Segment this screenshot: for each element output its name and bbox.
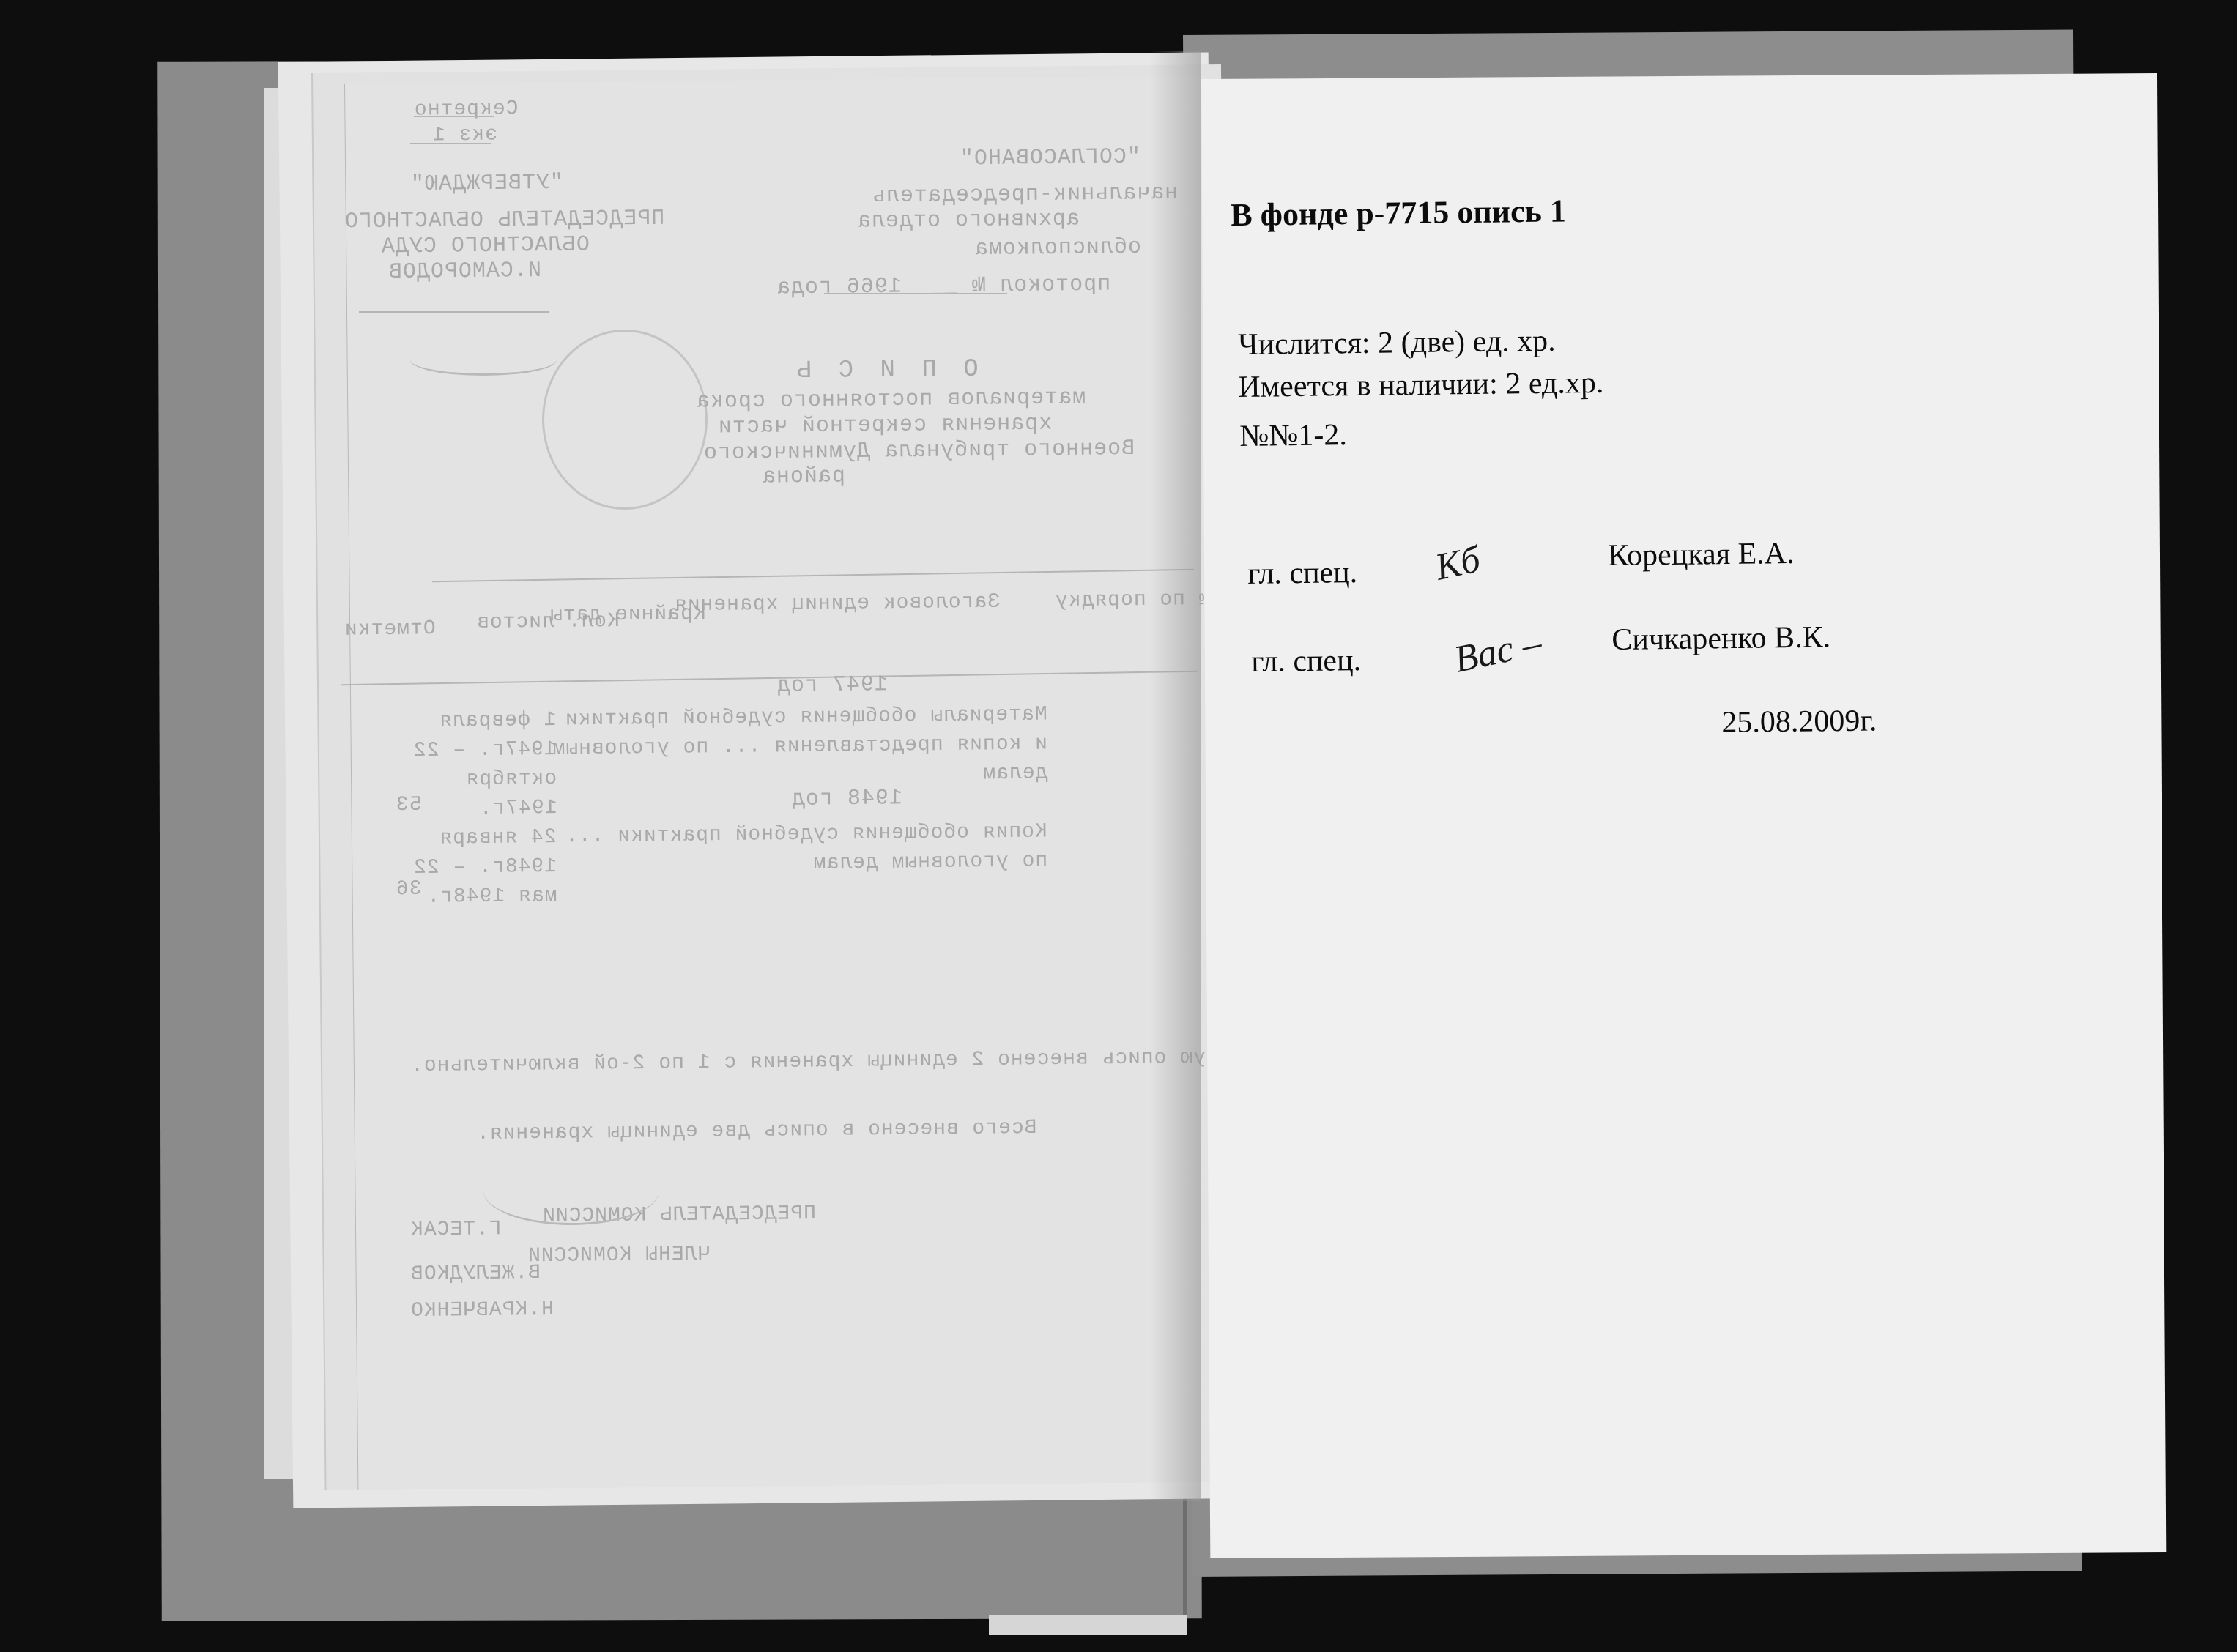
- signatory-1-signature: Кб: [1432, 537, 1485, 589]
- commission-role-2: ЧЛЕНЫ КОМИССИИ: [527, 1240, 711, 1272]
- row-1948-dates: 24 января 1948г. – 22 мая 1948г.: [409, 823, 557, 912]
- signatory-1-position: гл. спец.: [1247, 555, 1357, 592]
- opis-subtitle-4: района: [762, 461, 845, 492]
- folder-bottom-tab: [989, 1615, 1187, 1635]
- secret-box-line2: экз 1: [432, 121, 497, 151]
- commission-name-3: Н.КРАВЧЕНКО: [410, 1295, 554, 1326]
- signatory-1-name: Корецкая Е.А.: [1608, 536, 1795, 573]
- section-year-1948: 1948 год: [791, 783, 902, 815]
- signatory-2-name: Сичкаренко В.К.: [1611, 619, 1831, 658]
- count-listed: Числится: 2 (две) ед. хр.: [1238, 324, 1556, 362]
- row-1947-sheets: 53: [396, 791, 422, 820]
- row-1948-text: Копия обобщения судебной практики ... по…: [549, 817, 1048, 881]
- faint-signature: [410, 344, 557, 376]
- row-1947-dates: 1 февраля 1947г. – 22 октября 1947г.: [409, 706, 557, 825]
- footer-line-2: Всего внесено в опись две единицы хранен…: [476, 1114, 1037, 1149]
- section-year-1947: 1947 год: [776, 669, 888, 702]
- th-title: Заголовок единиц хранения: [674, 588, 1000, 621]
- round-stamp: [542, 330, 708, 510]
- right-sheet: [1201, 73, 2166, 1558]
- faint-signature-chair: [483, 1157, 659, 1225]
- approval-left-heading: "УТВЕРЖДАЮ": [410, 168, 563, 200]
- opis-title: О П И С Ь: [791, 354, 979, 387]
- protocol-line: протокол № ___ 1966 года: [776, 269, 1110, 304]
- commission-name-1: Г.ТЕСАК: [410, 1215, 502, 1245]
- row-1947-text: Материалы обобщения судебной практики и …: [549, 700, 1047, 793]
- spine-shadow: [1150, 51, 1201, 1501]
- count-available: Имеется в наличии: 2 ед.хр.: [1238, 365, 1604, 405]
- commission-name-2: В.ЖЕЛУДКОВ: [410, 1259, 541, 1290]
- count-range: №№1-2.: [1239, 417, 1347, 454]
- signatory-2-position: гл. спец.: [1251, 643, 1361, 680]
- approval-right-line3: облисполкома: [974, 232, 1141, 264]
- approval-left-line3: И.САМОРОДОВ: [388, 256, 541, 288]
- signed-date: 25.08.2009г.: [1721, 703, 1877, 740]
- approval-right-line2: архивного отдела: [857, 204, 1080, 237]
- approval-right-heading: "СОГЛАСОВАНО": [960, 142, 1140, 175]
- th-sheets: Кол. листов: [476, 607, 620, 638]
- fond-title: В фонде р-7715 опись 1: [1231, 192, 1566, 234]
- row-1948-sheets: 36: [396, 875, 422, 904]
- th-notes: Отметки: [344, 614, 436, 644]
